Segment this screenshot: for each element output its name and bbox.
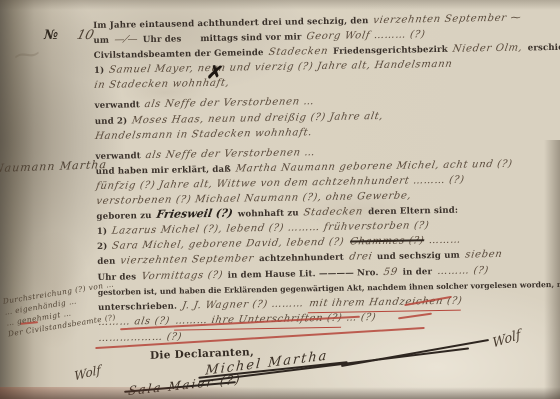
body-lines: Im Jahre eintausend achthundert drei und… (93, 7, 560, 343)
record-number: № 10 (44, 24, 94, 43)
handwritten-entry: vierzehnten September (119, 252, 255, 269)
handwritten-entry: 59 (382, 264, 399, 279)
handwritten-entry: ……… (?) (436, 263, 490, 279)
handwritten-entry: sieben (464, 247, 504, 263)
pen-flourish (341, 339, 489, 367)
printed-form-text: erschienen: (528, 43, 560, 54)
margin-bottom-notes: Durchstreichung (?) von …… eigenhändig …… (2, 280, 108, 339)
scanned-registry-page: ⁓ № 10 Naumann Martha Im Jahre eintausen… (0, 0, 560, 399)
official-signature-left: Wolf (74, 363, 101, 384)
handwritten-entry: Handelsmann in Stadecken wohnhaft. (94, 125, 313, 144)
handwritten-entry: ……… (427, 233, 462, 249)
handwritten-entry: Friesweil (?) (155, 206, 234, 222)
margin-name-note: Naumann Martha (0, 158, 108, 175)
handwritten-entry: Stadecken (303, 204, 365, 220)
handwritten-entry: drei (348, 250, 374, 266)
handwritten-entry: Vormittags (?) (140, 267, 224, 284)
page-edge-shadow (544, 140, 560, 399)
handwritten-entry: Georg Wolf ……… (?) (305, 27, 426, 44)
ink-bleed-through: ⁓ (13, 39, 42, 72)
page-bottom-edge (0, 387, 560, 399)
handwritten-entry: vierzehnten September ⁓ (372, 10, 523, 28)
numero-symbol: № (44, 28, 58, 43)
handwritten-entry: —⁄— (113, 32, 139, 48)
handwritten-entry: Nieder Olm, (452, 41, 524, 57)
handwritten-entry: Stadecken (267, 44, 329, 60)
handwritten-entry: Chammes (?) (348, 234, 425, 250)
